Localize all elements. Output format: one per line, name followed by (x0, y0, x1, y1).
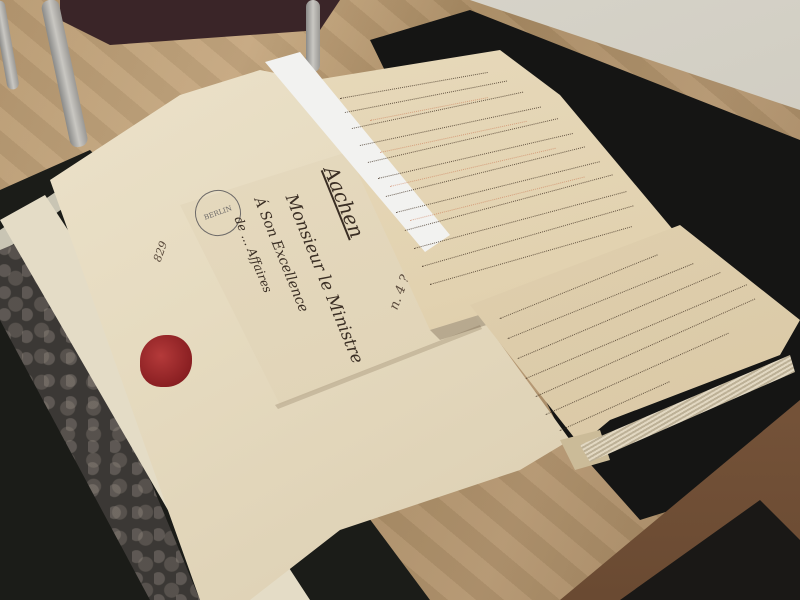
wax-seal (140, 335, 192, 387)
chair-leg-right (306, 0, 320, 72)
postmark-text: BERLIN (203, 204, 233, 221)
